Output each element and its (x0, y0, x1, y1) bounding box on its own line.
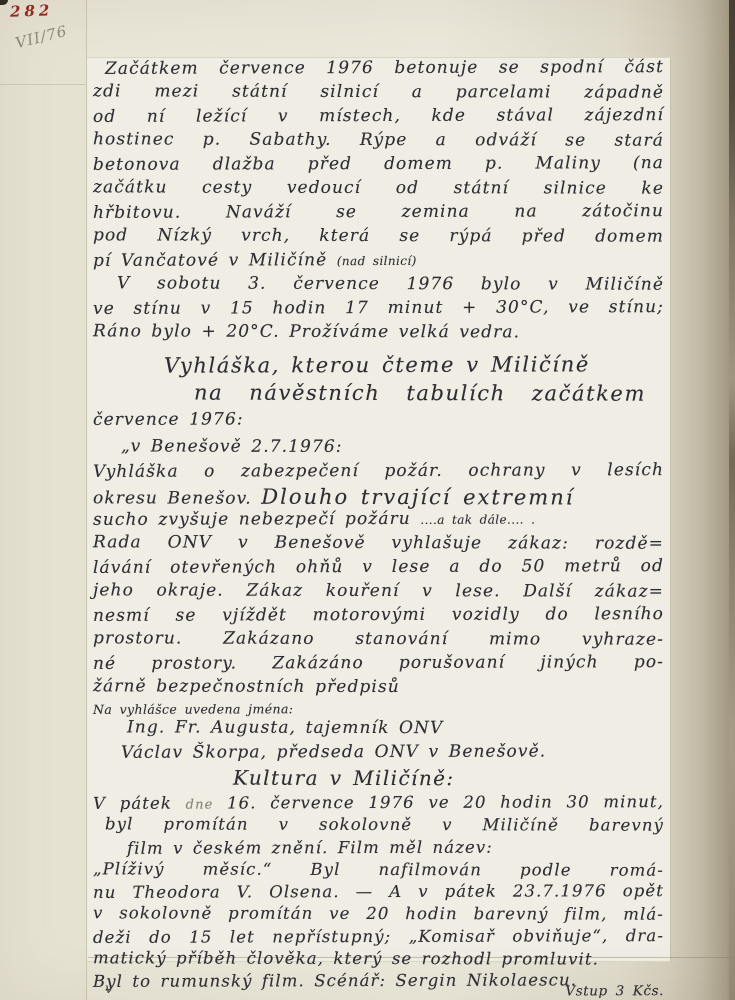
handwritten-line: Začátkem července 1976 betonuje se spodn… (93, 57, 664, 83)
handwritten-line: zdi mezi státní silnicí a parcelami zápa… (93, 81, 664, 106)
page-curvature-shadow (669, 0, 735, 1000)
handwritten-line: nesmí se vjíždět motorovými vozidly do l… (93, 604, 664, 630)
handwritten-segment: dne (186, 798, 214, 813)
handwritten-line: začátku cesty vedoucí od státní silnice … (93, 177, 664, 202)
handwritten-line: Byl to rumunský film. Scénář: Sergin Nik… (93, 970, 664, 994)
handwritten-line: pí Vančatové v Miličíně (nad silnicí) (93, 249, 664, 275)
handwritten-line: V sobotu 3. července 1976 bylo v Miličín… (93, 273, 664, 298)
handwritten-line: hřbitovu. Naváží se zemina na zátočinu (93, 201, 664, 227)
handwritten-line: v sokolovně promítán ve 20 hodin barevný… (93, 904, 664, 928)
handwritten-line: matický příběh člověka, který se rozhodl… (93, 948, 664, 972)
scanned-page-background: 282 VII/76 Začátkem července 1976 betonu… (0, 0, 735, 1000)
page-right-edge (729, 0, 735, 1000)
handwritten-line: Rada ONV v Benešově vyhlašuje zákaz: roz… (93, 532, 664, 557)
handwritten-line: července 1976: (93, 408, 664, 434)
handwritten-line: Vyhláška, kterou čteme v Miličíně (93, 352, 664, 382)
page-number: 282 (10, 1, 54, 21)
handwritten-segment: Dlouho trvající extremní (261, 485, 574, 510)
handwritten-line: od ní ležící v místech, kde stával zájez… (93, 105, 664, 131)
left-margin-rule (0, 84, 86, 85)
handwritten-line: deži do 15 let nepřístupný; „Komisař obv… (93, 926, 664, 950)
handwritten-segment: ....a tak dále.... . (420, 513, 535, 527)
handwritten-line: né prostory. Zakázáno porušovaní jiných … (93, 652, 664, 678)
handwritten-line: Na vyhlášce uvedena jména: (93, 700, 664, 719)
left-margin-strip (0, 0, 87, 1000)
handwritten-segment: Vstup 3 Kčs. (565, 984, 664, 1000)
handwritten-line: pod Nízký vrch, která se rýpá před domem (93, 225, 664, 250)
handwritten-segment: okresu Benešov. (93, 488, 261, 508)
handwritten-segment: (nad silnicí) (337, 254, 417, 268)
handwritten-line: jeho okraje. Zákaz kouření v lese. Další… (93, 580, 664, 605)
handwritten-line: prostoru. Zakázano stanování mimo vyhraz… (93, 628, 664, 653)
handwritten-line: lávání otevřených ohňů v lese a do 50 me… (93, 556, 664, 582)
handwritten-segment: pí Vančatové v Miličíně (93, 250, 337, 271)
handwritten-line: film v českém znění. Film měl název: (93, 837, 664, 861)
handwritten-line: Ing. Fr. Augusta, tajemník ONV (93, 717, 664, 742)
handwritten-line: Vyhláška o zabezpečení požár. ochrany v … (93, 460, 664, 486)
handwritten-line: Kultura v Miličíně: (93, 765, 664, 793)
handwritten-segment: V pátek (93, 794, 186, 813)
handwritten-line: betonova dlažba před domem p. Maliny (na (93, 153, 664, 179)
handwritten-line: sucho zvyšuje nebezpečí požáru ....a tak… (93, 508, 664, 534)
handwritten-line: „Plíživý měsíc.“ Byl nafilmován podle ro… (93, 859, 664, 883)
handwritten-line: na návěstních tabulích začátkem (93, 380, 664, 409)
handwritten-line: byl promítán v sokolovně v Miličíně bare… (93, 815, 664, 839)
handwritten-line: Václav Škorpa, předseda ONV v Benešově. (93, 741, 664, 767)
handwritten-line: ve stínu v 15 hodin 17 minut + 30°C, ve … (93, 297, 664, 323)
handwritten-line: okresu Benešov. Dlouho trvající extremní (93, 484, 664, 509)
handwritten-segment: 16. července 1976 ve 20 hodin 30 minut, (213, 792, 664, 812)
handwritten-line: Ráno bylo + 20°C. Prožíváme velká vedra. (93, 321, 664, 346)
handwritten-segment: sucho zvyšuje nebezpečí požáru (93, 509, 420, 530)
check-mark: v (105, 981, 113, 997)
handwritten-segment: Byl to rumunský film. Scénář: Sergin Nik… (93, 971, 577, 992)
handwritten-line: „v Benešově 2.7.1976: (93, 436, 664, 461)
handwritten-text-block: Začátkem července 1976 betonuje se spodn… (87, 54, 670, 994)
handwritten-line: nu Theodora V. Olsena. — A v pátek 23.7.… (93, 881, 664, 905)
handwritten-line: V pátek dne 16. července 1976 ve 20 hodi… (93, 792, 664, 816)
handwritten-line: hostinec p. Sabathy. Rýpe a odváží se st… (93, 129, 664, 154)
handwritten-line: žárně bezpečnostních předpisů (93, 676, 664, 701)
